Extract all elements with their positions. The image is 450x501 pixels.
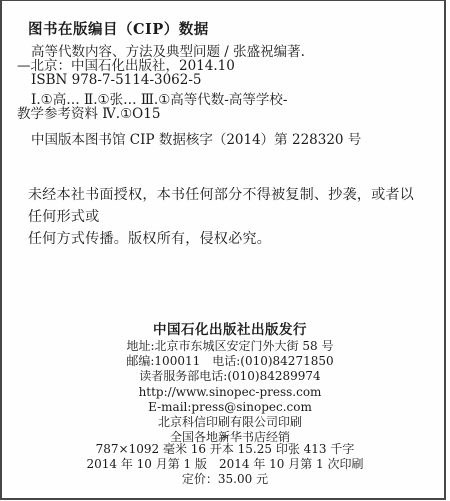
copyright-notice-line-2: 任何方式传播。版权所有，侵权必究。: [28, 231, 271, 247]
classification-line-2: 教学参考资料 Ⅳ.①O15: [17, 108, 287, 122]
colophon-block: 中国石化出版社出版发行 地址:北京市东城区安定门外大街 58 号 邮编:1000…: [10, 322, 450, 445]
cip-record-line: 中国版本图书馆 CIP 数据核字（2014）第 228320 号: [31, 133, 361, 148]
copyright-notice: 未经本社书面授权，本书任何部分不得被复制、抄袭，或者以任何形式或 任何方式传播。…: [28, 184, 428, 250]
format-line: 787×1092 毫米 16 开本 15.25 印张 413 千字: [0, 442, 450, 457]
publisher-website: http://www.sinopec-press.com: [10, 385, 450, 400]
publisher-address: 地址:北京市东城区安定门外大街 58 号: [10, 339, 450, 354]
publisher-title: 中国石化出版社出版发行: [10, 322, 450, 339]
cip-book-info: 高等代数内容、方法及典型问题 / 张盛祝编著. —北京：中国石化出版社，2014…: [17, 46, 305, 87]
book-copyright-page: 图书在版编目（CIP）数据 高等代数内容、方法及典型问题 / 张盛祝编著. —北…: [0, 0, 450, 501]
publisher-postcode-phone: 邮编:100011 电话:(010)84271850: [10, 354, 450, 369]
reader-service-phone: 读者服务部电话:(010)84289974: [10, 369, 450, 384]
printer-line: 北京科信印刷有限公司印刷: [10, 415, 450, 430]
price-line: 定价：35.00 元: [0, 472, 450, 487]
copyright-notice-line-1: 未经本社书面授权，本书任何部分不得被复制、抄袭，或者以任何形式或: [28, 187, 414, 225]
cip-header: 图书在版编目（CIP）数据: [28, 22, 209, 38]
edition-line: 2014 年 10 月第 1 版 2014 年 10 月第 1 次印刷: [0, 457, 450, 472]
isbn-line: ISBN 978-7-5114-3062-5: [17, 74, 305, 88]
print-spec-block: 787×1092 毫米 16 开本 15.25 印张 413 千字 2014 年…: [0, 442, 450, 488]
cip-classification: Ⅰ.①高… Ⅱ.①张… Ⅲ.①高等代数-高等学校- 教学参考资料 Ⅳ.①O15: [17, 94, 287, 122]
publisher-email: E-mail:press@sinopec.com: [10, 400, 450, 415]
